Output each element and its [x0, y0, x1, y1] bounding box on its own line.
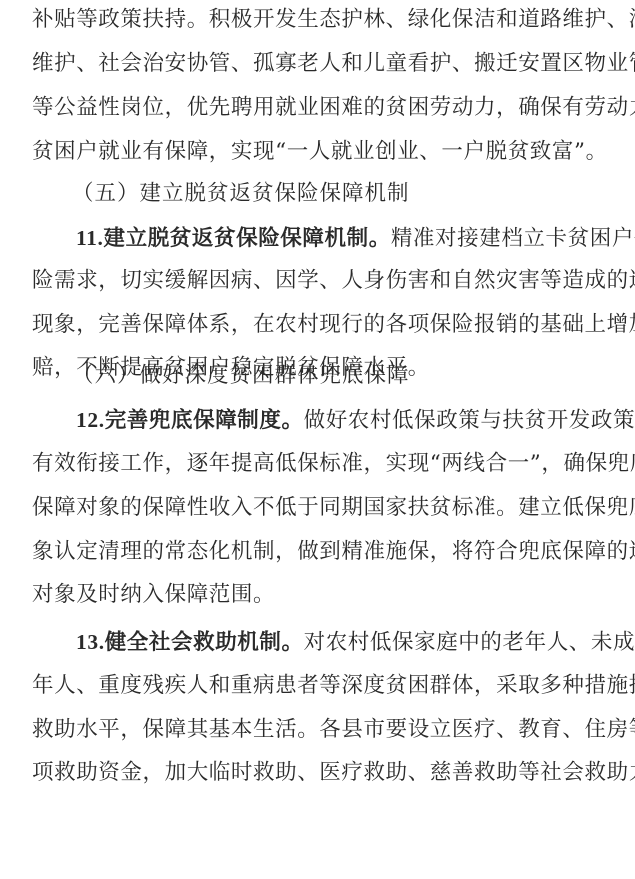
- item-title: 完善兜底保障制度。: [105, 408, 304, 433]
- paragraph-line: 贫困户就业有保障，实现“一人就业创业、一户脱贫致富”。: [32, 134, 604, 170]
- paragraph-line: 现象，完善保障体系，在农村现行的各项保险报销的基础上增加理: [32, 307, 604, 343]
- paragraph-line: 维护、社会治安协管、孤寡老人和儿童看护、搬迁安置区物业管理: [32, 46, 604, 82]
- item-number: 11.: [76, 226, 104, 250]
- document-page: 补贴等政策扶持。积极开发生态护林、绿化保洁和道路维护、河道 维护、社会治安协管、…: [0, 0, 635, 879]
- item-number: 12.: [76, 408, 105, 432]
- item-title: 建立脱贫返贫保险保障机制。: [104, 226, 391, 251]
- paragraph-line: 象认定清理的常态化机制，做到精准施保，将符合兜底保障的返贫: [32, 534, 604, 570]
- paragraph-line: 等公益性岗位，优先聘用就业困难的贫困劳动力，确保有劳动力的: [32, 90, 604, 126]
- paragraph-line: 补贴等政策扶持。积极开发生态护林、绿化保洁和道路维护、河道: [32, 2, 604, 38]
- paragraph-line: 有效衔接工作，逐年提高低保标准，实现“两线合一”，确保兜底: [32, 446, 604, 482]
- paragraph-line: 救助水平，保障其基本生活。各县市要设立医疗、教育、住房等专: [32, 712, 604, 748]
- item-text: 对农村低保家庭中的老年人、未成: [304, 630, 635, 655]
- item-text: 做好农村低保政策与扶贫开发政策: [304, 408, 635, 433]
- item-12-first-line: 12.完善兜底保障制度。做好农村低保政策与扶贫开发政策: [76, 402, 604, 438]
- item-13-first-line: 13.健全社会救助机制。对农村低保家庭中的老年人、未成: [76, 624, 604, 660]
- section-heading: （六）做好深度贫困群体兜底保障: [72, 358, 410, 394]
- paragraph-line: 险需求，切实缓解因病、因学、人身伤害和自然灾害等造成的返贫: [32, 263, 604, 299]
- section-heading: （五）建立脱贫返贫保险保障机制: [72, 176, 410, 212]
- item-11-first-line: 11.建立脱贫返贫保险保障机制。精准对接建档立卡贫困户保: [76, 220, 604, 256]
- paragraph-line: 年人、重度残疾人和重病患者等深度贫困群体，采取多种措施提高: [32, 668, 604, 704]
- item-text: 精准对接建档立卡贫困户保: [391, 226, 635, 251]
- item-number: 13.: [76, 630, 105, 654]
- paragraph-line: [32, 754, 604, 790]
- item-title: 健全社会救助机制。: [105, 630, 304, 655]
- paragraph-line: 保障对象的保障性收入不低于同期国家扶贫标准。建立低保兜底对: [32, 490, 604, 526]
- paragraph-line: 对象及时纳入保障范围。: [32, 577, 604, 613]
